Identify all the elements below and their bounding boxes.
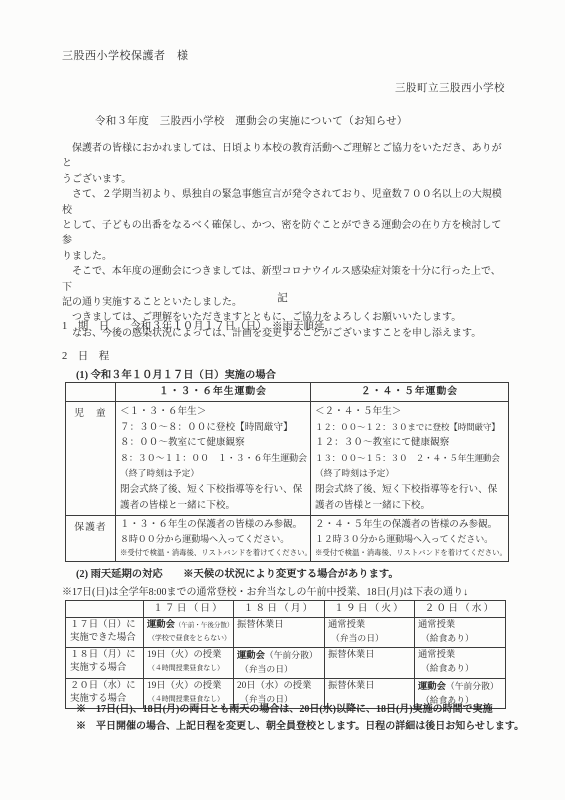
header-group-136: １・３・６年生運動会 bbox=[116, 383, 311, 402]
children-schedule-245: ＜２・４・５年生＞ １２：００～１２：３０までに登校【時間厳守】 １２：３０～教… bbox=[311, 402, 509, 516]
plan-cell: 通常授業 （給食あり） bbox=[415, 618, 506, 648]
schedule-line: ７：３０～８：００に登校【時間厳守】 bbox=[120, 420, 306, 436]
corner-cell bbox=[66, 601, 144, 618]
parents-row: 保護者 １・３・６年生の保護者の皆様のみ参観。 ８時００分から運動場へ入ってくだ… bbox=[66, 516, 509, 561]
schedule-line: ＜１・３・６年生＞ bbox=[120, 404, 306, 420]
schedule-line: １３：００～１５：３０ ２・４・５年生運動会 bbox=[315, 451, 504, 467]
header-day-18: １８日（月） bbox=[234, 601, 325, 618]
notation-ki: 記 bbox=[0, 290, 565, 305]
row-label-parents: 保護者 bbox=[66, 516, 116, 561]
schedule-line: （終了時刻は予定） bbox=[315, 466, 504, 482]
school-name-line: 三股町立三股西小学校 bbox=[395, 80, 505, 95]
sunday-case-heading: (1) 令和３年１０月１７日（日）実施の場合 bbox=[76, 366, 276, 381]
sports-day-schedule-table: １・３・６年生運動会 ２・４・５年運動会 児 童 ＜１・３・６年生＞ ７：３０～… bbox=[65, 382, 509, 562]
children-schedule-136: ＜１・３・６年生＞ ７：３０～８：００に登校【時間厳守】 ８：００～教室にて健康… bbox=[116, 402, 311, 516]
case-row-17: １７日（日）に 実施できた場合 運動会（午前・午後分散） （学校で昼食をとらない… bbox=[66, 618, 506, 648]
plan-cell: 振替休業日 bbox=[325, 647, 415, 678]
footnote-2: ※ 平日開催の場合、上記日程を変更し、朝全員登校とします。日程の詳細は後日お知ら… bbox=[76, 717, 524, 732]
header-group-245: ２・４・５年運動会 bbox=[311, 383, 509, 402]
schedule-line: ８時００分から運動場へ入ってください。 bbox=[120, 532, 306, 546]
footnote-1: ※ 17日(日)、18日(月)の両日とも雨天の場合は、20日(水)以降に、18日… bbox=[76, 700, 493, 715]
table-header-row: １・３・６年生運動会 ２・４・５年運動会 bbox=[66, 383, 509, 402]
recipient-line: 三股西小学校保護者 様 bbox=[62, 47, 189, 63]
schedule-line: 閉会式終了後、短く下校指導等を行い、保護者の皆様と一緒に下校。 bbox=[120, 482, 306, 513]
schedule-line: １２：００～１２：３０までに登校【時間厳守】 bbox=[315, 420, 504, 436]
plan-cell: 運動会（午前・午後分散） （学校で昼食をとらない） bbox=[144, 618, 234, 648]
schedule-line: （終了時刻は予定） bbox=[120, 466, 306, 482]
plan-cell: 通常授業 （弁当の日） bbox=[325, 618, 415, 648]
document-title: 令和３年度 三股西小学校 運動会の実施について（お知らせ） bbox=[95, 113, 408, 128]
case-label: １７日（日）に 実施できた場合 bbox=[66, 618, 144, 648]
schedule-line: ８：３０～１１：００ １・３・６年生運動会 bbox=[120, 451, 306, 467]
header-day-19: １９日（火） bbox=[325, 601, 415, 618]
schedule-line: ２・４・５年生の保護者の皆様のみ参観。 bbox=[315, 518, 504, 532]
schedule-line: ８：００～教室にて健康観察 bbox=[120, 435, 306, 451]
plan-cell: 19日（火）の授業 （４時間授業昼食なし） bbox=[144, 647, 234, 678]
corner-cell bbox=[66, 383, 116, 402]
header-day-20: ２０日（水） bbox=[415, 601, 506, 618]
reception-note: ※受付で検温・消毒後、リストバンドを着けてください。 bbox=[315, 547, 504, 559]
schedule-heading: 2 日 程 bbox=[62, 348, 109, 363]
plan-cell: 振替休業日 bbox=[234, 618, 325, 648]
date-heading: 1 期 日 令和３年１０月１７日（日） ※雨天順延 bbox=[62, 318, 325, 333]
schedule-line: １２時３０分から運動場へ入ってください。 bbox=[315, 532, 504, 546]
document-page: 三股西小学校保護者 様 三股町立三股西小学校 令和３年度 三股西小学校 運動会の… bbox=[0, 0, 565, 800]
table-header-row: １７日（日） １８日（月） １９日（火） ２０日（水） bbox=[66, 601, 506, 618]
children-row: 児 童 ＜１・３・６年生＞ ７：３０～８：００に登校【時間厳守】 ８：００～教室… bbox=[66, 402, 509, 516]
case-label: １８日（月）に 実施する場合 bbox=[66, 647, 144, 678]
schedule-line: ＜２・４・５年生＞ bbox=[315, 404, 504, 420]
plan-cell: 運動会（午前分散） （弁当の日） bbox=[234, 647, 325, 678]
plan-cell: 通常授業 （給食あり） bbox=[415, 647, 506, 678]
parents-info-245: ２・４・５年生の保護者の皆様のみ参観。 １２時３０分から運動場へ入ってください。… bbox=[311, 516, 509, 561]
case-row-18: １８日（月）に 実施する場合 19日（火）の授業 （４時間授業昼食なし） 運動会… bbox=[66, 647, 506, 678]
reception-note: ※受付で検温・消毒後、リストバンドを着けてください。 bbox=[120, 547, 306, 559]
schedule-line: １２：３０～教室にて健康観察 bbox=[315, 435, 504, 451]
parents-info-136: １・３・６年生の保護者の皆様のみ参観。 ８時００分から運動場へ入ってください。 … bbox=[116, 516, 311, 561]
pretable-note: ※17日(日)は全学年8:00までの通常登校・お弁当なしの午前中授業、18日(月… bbox=[62, 583, 468, 598]
rain-postponement-heading: (2) 雨天延期の対応 ※天候の状況により変更する場合があります。 bbox=[76, 565, 399, 580]
header-day-17: １７日（日） bbox=[144, 601, 234, 618]
schedule-line: 閉会式終了後、短く下校指導等を行い、保護者の皆様と一緒に下校。 bbox=[315, 482, 504, 513]
rain-postponement-table: １７日（日） １８日（月） １９日（火） ２０日（水） １７日（日）に 実施でき… bbox=[65, 600, 506, 709]
greeting-paragraphs: 保護者の皆様におかれましては、日頃より本校の教育活動へご理解とご協力をいただき、… bbox=[62, 141, 510, 341]
row-label-children: 児 童 bbox=[66, 402, 116, 516]
schedule-line: １・３・６年生の保護者の皆様のみ参観。 bbox=[120, 518, 306, 532]
